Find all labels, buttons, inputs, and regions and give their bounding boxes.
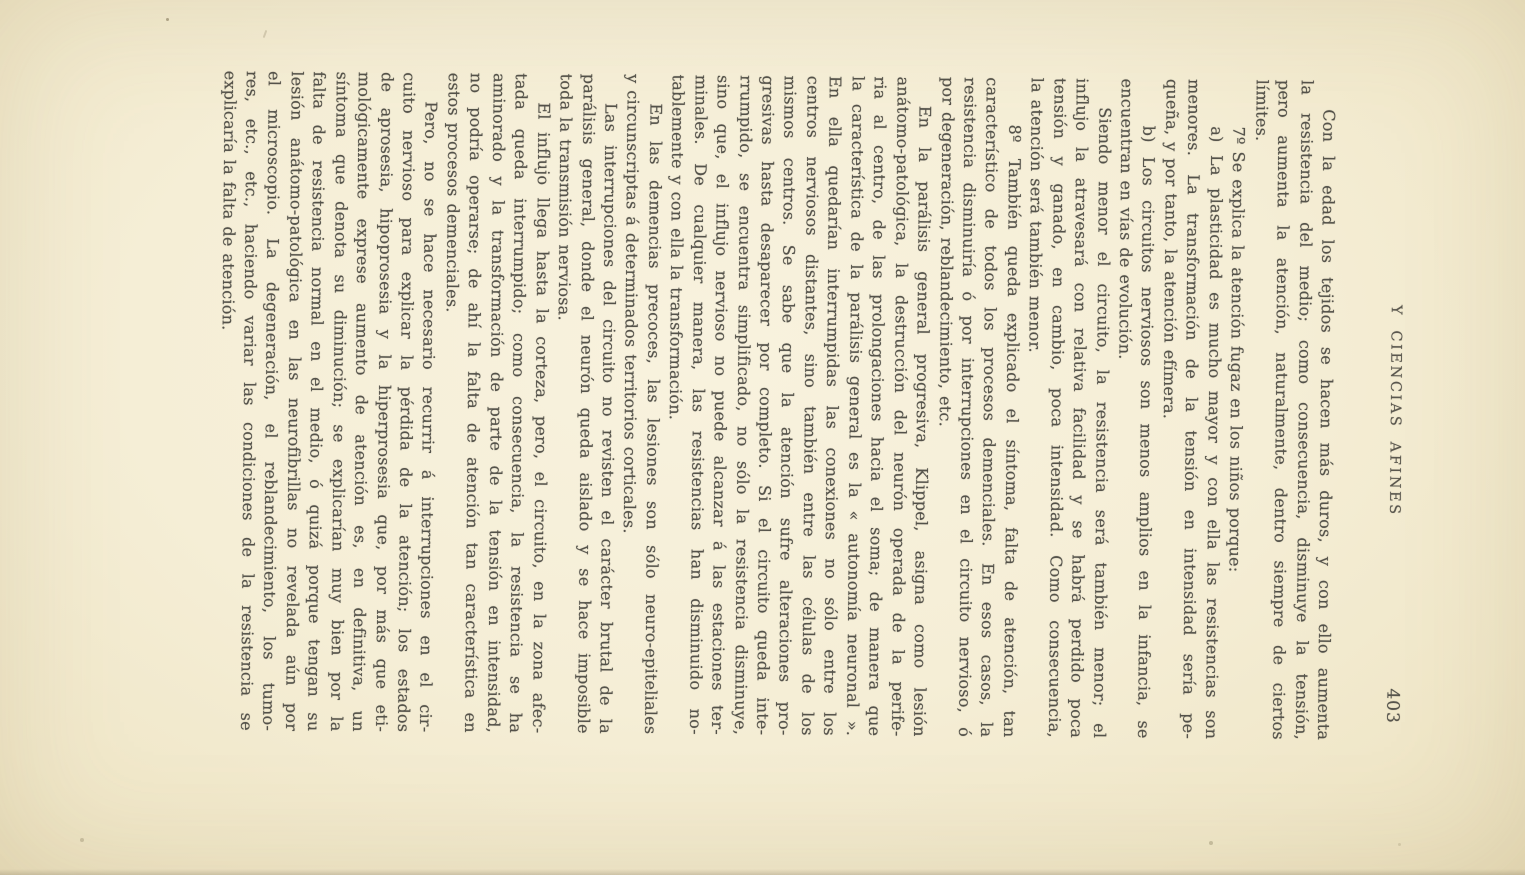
paper-speck [1398,843,1401,846]
paper-speck [896,650,899,653]
paper-speck [80,838,84,842]
paper-speck [1209,841,1213,845]
rotated-page-content: Y CIENCIAS AFINES 403 Con la edad los te… [221,46,1412,766]
paper-speck [166,18,169,21]
running-title: Y CIENCIAS AFINES [1384,81,1406,741]
page-number: 403 [1382,658,1403,724]
page-header: Y CIENCIAS AFINES 403 [1376,81,1406,741]
paper-speck [263,30,268,38]
scanned-book-page: Y CIENCIAS AFINES 403 Con la edad los te… [0,0,1525,875]
page-body: Con la edad los tejidos se hacen más dur… [212,71,1340,741]
